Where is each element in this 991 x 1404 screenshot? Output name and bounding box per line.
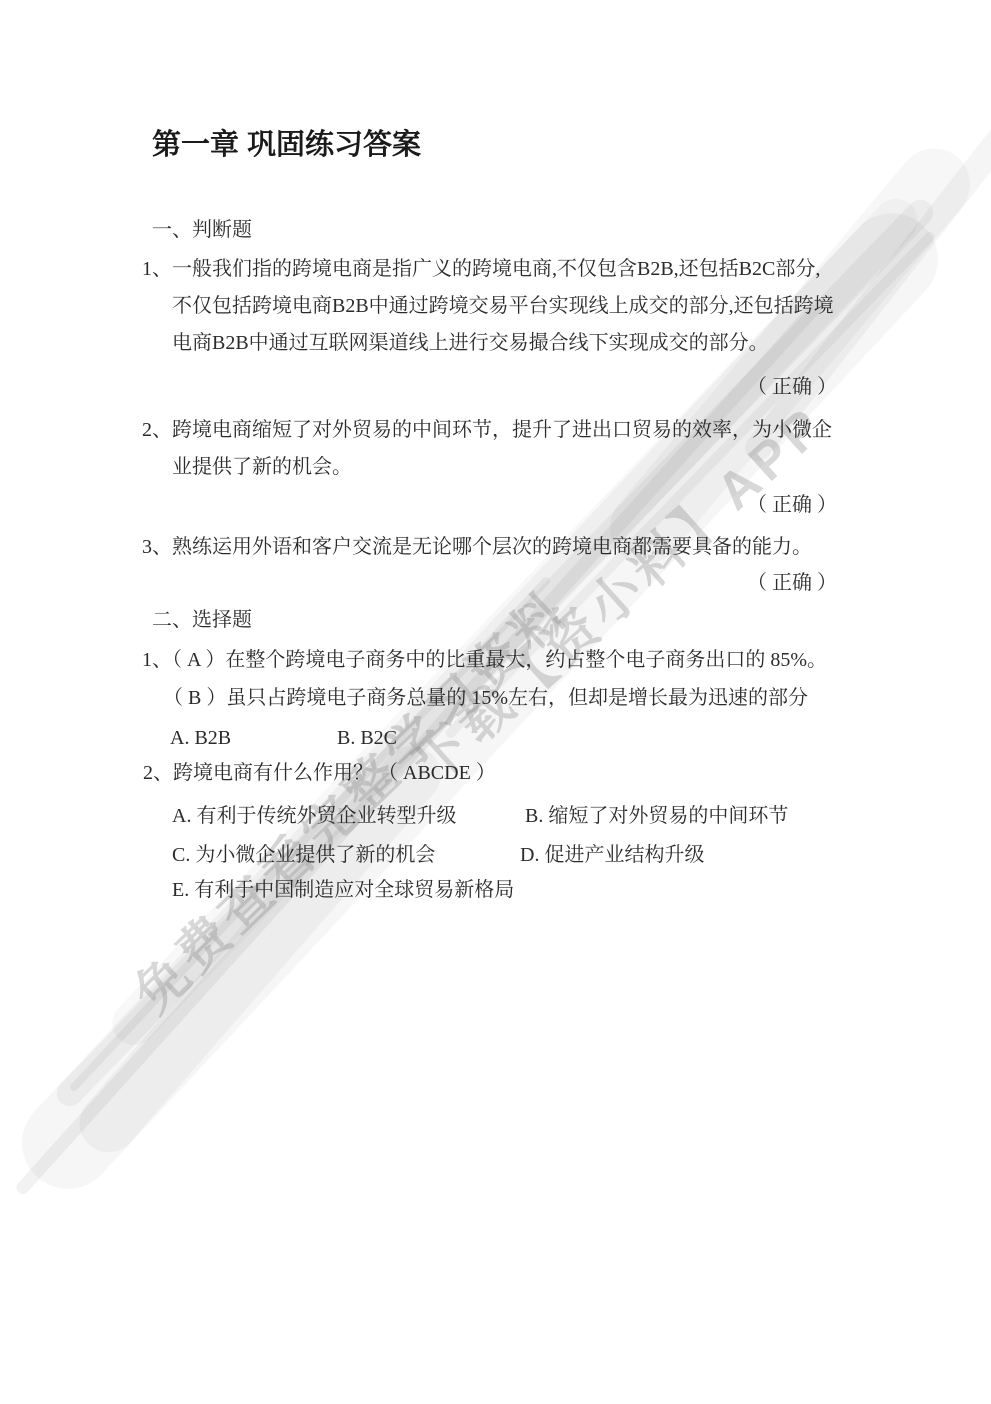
choice-q2-option-d: D. 促进产业结构升级 xyxy=(520,844,704,867)
choice-q2-option-a: A. 有利于传统外贸企业转型升级 xyxy=(172,805,456,828)
choice-q2-option-e: E. 有利于中国制造应对全球贸易新格局 xyxy=(172,879,514,902)
document-page: 免费查看完整学习资料 下载【资小料】APP 第一章 巩固练习答案 一、判断题 1… xyxy=(0,0,991,1404)
choice-q1-line2: （ B ）虽只占跨境电子商务总量的 15%左右，但却是增长最为迅速的部分 xyxy=(163,687,808,710)
judge-item1-line3: 电商B2B中通过互联网渠道线上进行交易撮合线下实现成交的部分。 xyxy=(172,332,769,355)
section-heading-choice: 二、选择题 xyxy=(152,609,252,632)
choice-q2-stem: 2、跨境电商有什么作用？ （ ABCDE ） xyxy=(143,762,496,785)
watermark-text-line1: 免费查看完整学习资料 xyxy=(114,570,583,1027)
judge-item3-line1: 3、熟练运用外语和客户交流是无论哪个层次的跨境电商都需要具备的能力。 xyxy=(142,536,812,559)
judge-item1-answer: （ 正确 ） xyxy=(747,376,837,399)
section-heading-judge: 一、判断题 xyxy=(152,219,252,242)
choice-q1-option-b: B. B2C xyxy=(337,727,397,750)
judge-item2-answer: （ 正确 ） xyxy=(747,494,837,517)
judge-item2-line2: 业提供了新的机会。 xyxy=(172,456,352,479)
choice-q2-option-c: C. 为小微企业提供了新的机会 xyxy=(172,844,435,867)
brush-streak xyxy=(68,734,453,1165)
judge-item1-line1: 1、一般我们指的跨境电商是指广义的跨境电商,不仅包含B2B,还包括B2C部分, xyxy=(142,258,820,281)
judge-item3-answer: （ 正确 ） xyxy=(747,572,837,595)
choice-q1-option-a: A. B2B xyxy=(170,727,231,750)
choice-q1-line1: 1、（ A ）在整个跨境电子商务中的比重最大，约占整个电子商务出口的 85%。 xyxy=(142,649,827,672)
judge-item2-line1: 2、跨境电商缩短了对外贸易的中间环节，提升了进出口贸易的效率，为小微企 xyxy=(142,419,832,442)
choice-q2-option-b: B. 缩短了对外贸易的中间环节 xyxy=(525,805,788,828)
page-title: 第一章 巩固练习答案 xyxy=(152,128,421,162)
judge-item1-line2: 不仅包括跨境电商B2B中通过跨境交易平台实现线上成交的部分,还包括跨境 xyxy=(172,295,834,318)
